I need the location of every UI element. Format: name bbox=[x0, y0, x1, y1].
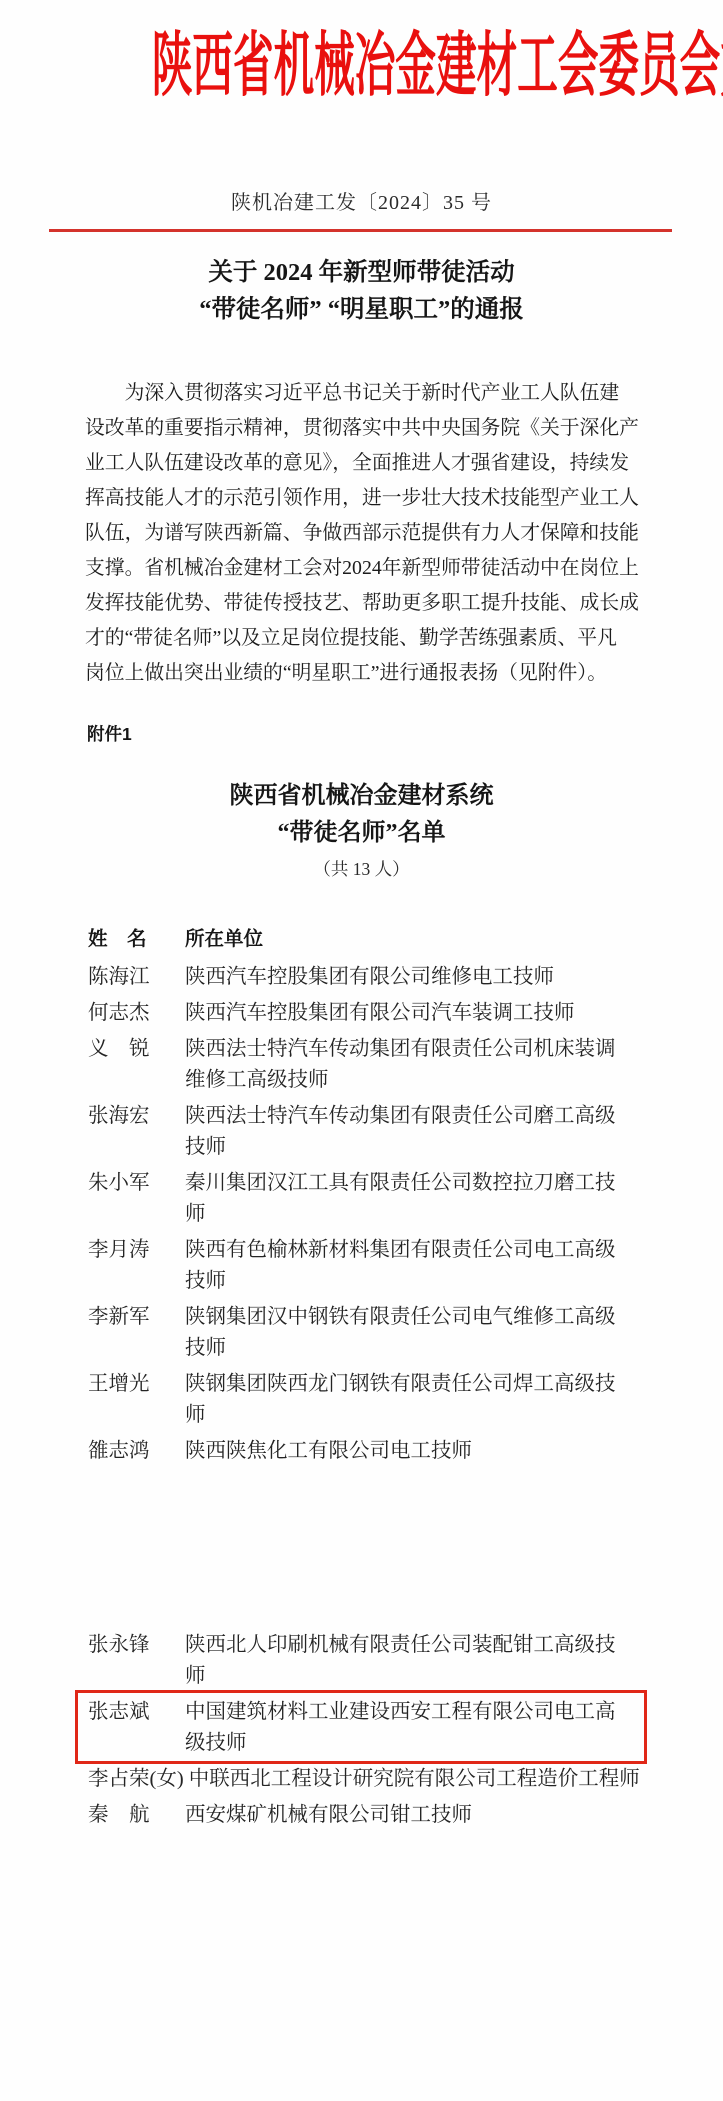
person-unit: 陕钢集团汉中钢铁有限责任公司电气维修工高级技师 bbox=[185, 1302, 633, 1364]
roster-rows: 陈海江 陕西汽车控股集团有限公司维修电工技师 何志杰 陕西汽车控股集团有限公司汽… bbox=[88, 962, 640, 1831]
person-unit: 陕西法士特汽车传动集团有限责任公司磨工高级技师 bbox=[185, 1101, 633, 1163]
person-name: 王增光 bbox=[88, 1369, 185, 1431]
document-number: 陕机冶建工发〔2024〕35 号 bbox=[0, 190, 723, 216]
person-unit: 陕西汽车控股集团有限公司汽车装调工技师 bbox=[185, 998, 633, 1029]
attachment-label: 附件1 bbox=[87, 722, 132, 746]
person-unit: 陕西汽车控股集团有限公司维修电工技师 bbox=[185, 962, 633, 993]
person-unit: 陕西有色榆林新材料集团有限责任公司电工高级技师 bbox=[185, 1235, 633, 1297]
person-unit: 陕西法士特汽车传动集团有限责任公司机床装调维修工高级技师 bbox=[185, 1034, 633, 1096]
roster-row: 李占荣(女) 中联西北工程设计研究院有限公司工程造价工程师 bbox=[88, 1764, 640, 1795]
roster-count: （共 13 人） bbox=[0, 857, 723, 881]
person-name: 李新军 bbox=[88, 1302, 185, 1364]
column-header-unit: 所在单位 bbox=[185, 924, 640, 955]
roster-row: 李新军 陕钢集团汉中钢铁有限责任公司电气维修工高级技师 bbox=[88, 1302, 640, 1364]
roster-row: 陈海江 陕西汽车控股集团有限公司维修电工技师 bbox=[88, 962, 640, 993]
person-name: 雒志鸿 bbox=[88, 1436, 185, 1467]
person-name: 张永锋 bbox=[88, 1630, 185, 1692]
person-name: 李月涛 bbox=[88, 1235, 185, 1297]
person-unit: 中国建筑材料工业建设西安工程有限公司电工高级技师 bbox=[185, 1697, 633, 1759]
roster-row: 义 锐 陕西法士特汽车传动集团有限责任公司机床装调维修工高级技师 bbox=[88, 1034, 640, 1096]
person-name: 义 锐 bbox=[88, 1034, 185, 1096]
roster-row: 秦 航 西安煤矿机械有限公司钳工技师 bbox=[88, 1800, 640, 1831]
roster-row: 朱小军 秦川集团汉江工具有限责任公司数控拉刀磨工技师 bbox=[88, 1168, 640, 1230]
roster-row: 张海宏 陕西法士特汽车传动集团有限责任公司磨工高级技师 bbox=[88, 1101, 640, 1163]
notice-body-line: 为深入贯彻落实习近平总书记关于新时代产业工人队伍建 bbox=[85, 376, 643, 411]
roster-row: 雒志鸿 陕西陕焦化工有限公司电工技师 bbox=[88, 1436, 640, 1467]
roster-row: 王增光 陕钢集团陕西龙门钢铁有限责任公司焊工高级技师 bbox=[88, 1369, 640, 1431]
person-name: 张海宏 bbox=[88, 1101, 185, 1163]
person-unit: 陕西陕焦化工有限公司电工技师 bbox=[185, 1436, 633, 1467]
column-header-name: 姓 名 bbox=[88, 924, 185, 955]
person-name: 张志斌 bbox=[88, 1697, 185, 1759]
person-name: 陈海江 bbox=[88, 962, 185, 993]
roster-title-line2: “带徒名师”名单 bbox=[0, 815, 723, 852]
roster-row: 何志杰 陕西汽车控股集团有限公司汽车装调工技师 bbox=[88, 998, 640, 1029]
roster-header-row: 姓 名 所在单位 bbox=[88, 924, 640, 955]
roster-table: 姓 名 所在单位 陈海江 陕西汽车控股集团有限公司维修电工技师 何志杰 陕西汽车… bbox=[88, 924, 640, 1836]
person-unit: 陕西北人印刷机械有限责任公司装配钳工高级技师 bbox=[185, 1630, 633, 1692]
roster-row: 张志斌 中国建筑材料工业建设西安工程有限公司电工高级技师 bbox=[88, 1697, 640, 1759]
notice-body-line: 设改革的重要指示精神，贯彻落实中共中央国务院《关于深化产 bbox=[85, 411, 643, 446]
notice-body-line: 才的“带徒名师”以及立足岗位提技能、勤学苦练强素质、平凡 bbox=[85, 621, 643, 656]
person-unit: 中联西北工程设计研究院有限公司工程造价工程师 bbox=[189, 1768, 640, 1790]
document-header-title: 陕西省机械冶金建材工会委员会文件 bbox=[152, 28, 571, 106]
notice-body-line: 队伍，为谱写陕西新篇、争做西部示范提供有力人才保障和技能 bbox=[85, 516, 643, 551]
person-name: 朱小军 bbox=[88, 1168, 185, 1230]
person-unit: 秦川集团汉江工具有限责任公司数控拉刀磨工技师 bbox=[185, 1168, 633, 1230]
roster-title: 陕西省机械冶金建材系统 “带徒名师”名单 bbox=[0, 778, 723, 852]
person-name: 何志杰 bbox=[88, 998, 185, 1029]
person-name: 李占荣(女) bbox=[88, 1768, 184, 1790]
notice-title-line1: 关于 2024 年新型师带徒活动 bbox=[0, 254, 723, 291]
notice-title: 关于 2024 年新型师带徒活动 “带徒名师” “明星职工”的通报 bbox=[0, 254, 723, 328]
header-divider-line bbox=[49, 229, 672, 232]
person-unit: 西安煤矿机械有限公司钳工技师 bbox=[185, 1800, 633, 1831]
notice-body-line: 挥高技能人才的示范引领作用，进一步壮大技术技能型产业工人 bbox=[85, 481, 643, 516]
notice-title-line2: “带徒名师” “明星职工”的通报 bbox=[0, 291, 723, 328]
roster-row: 张永锋 陕西北人印刷机械有限责任公司装配钳工高级技师 bbox=[88, 1630, 640, 1692]
notice-body-line: 支撑。省机械冶金建材工会对2024年新型师带徒活动中在岗位上 bbox=[85, 551, 643, 586]
notice-body-line: 业工人队伍建设改革的意见》，全面推进人才强省建设，持续发 bbox=[85, 446, 643, 481]
person-name: 秦 航 bbox=[88, 1800, 185, 1831]
page-break-gap bbox=[88, 1472, 640, 1630]
roster-row: 李月涛 陕西有色榆林新材料集团有限责任公司电工高级技师 bbox=[88, 1235, 640, 1297]
notice-body-line: 岗位上做出突出业绩的“明星职工”进行通报表扬（见附件）。 bbox=[85, 656, 643, 691]
roster-title-line1: 陕西省机械冶金建材系统 bbox=[0, 778, 723, 815]
document-page: 陕西省机械冶金建材工会委员会文件 陕机冶建工发〔2024〕35 号 关于 202… bbox=[0, 0, 723, 2101]
notice-body-paragraph: 为深入贯彻落实习近平总书记关于新时代产业工人队伍建设改革的重要指示精神，贯彻落实… bbox=[85, 376, 643, 691]
person-unit: 陕钢集团陕西龙门钢铁有限责任公司焊工高级技师 bbox=[185, 1369, 633, 1431]
notice-body-line: 发挥技能优势、带徒传授技艺、帮助更多职工提升技能、成长成 bbox=[85, 586, 643, 621]
